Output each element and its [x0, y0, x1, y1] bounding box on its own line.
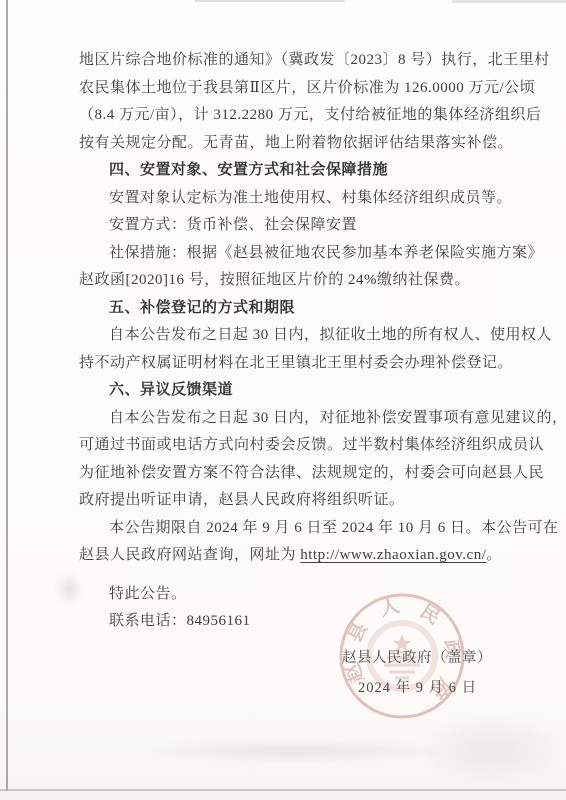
- body-line: 本公告期限自 2024 年 9 月 6 日至 2024 年 10 月 6 日。本…: [79, 515, 511, 543]
- body-line: 按有关规定分配。无青苗，地上附着物依据评估结果落实补偿。: [79, 130, 511, 158]
- body-line: 农民集体土地位于我县第Ⅱ区片，区片价标准为 126.0000 万元/公顷: [79, 75, 511, 103]
- body-line: （8.4 万元/亩），计 312.2280 万元，支付给被征地的集体经济组织后: [79, 102, 511, 130]
- body-line: 安置对象认定标为准土地使用权、村集体经济组织成员等。: [79, 185, 511, 213]
- scan-edge-left: [6, 0, 8, 791]
- announcement-body: 地区片综合地价标准的通知》（冀政发〔2023〕8 号）执行，北王里村 农民集体土…: [79, 47, 511, 636]
- body-line: 赵政函[2020]16 号，按照征地区片价的 24%缴纳社保费。: [79, 267, 511, 295]
- section-heading-6: 六、异议反馈渠道: [79, 377, 511, 405]
- body-line: 社保措施：根据《赵县被征地农民参加基本养老保险实施方案》: [79, 240, 511, 268]
- scan-edge-bottom: [0, 789, 566, 791]
- website-line-suffix: 。: [486, 547, 502, 563]
- signature-date: 2024 年 9 月 6 日: [358, 676, 477, 697]
- body-line: 地区片综合地价标准的通知》（冀政发〔2023〕8 号）执行，北王里村: [79, 47, 511, 75]
- website-line: 赵县人民政府网站查询，网址为 http://www.zhaoxian.gov.c…: [79, 542, 511, 570]
- scan-edge-top: [195, 0, 345, 2]
- body-line: 持不动产权属证明材料在北王里镇北王里村委会办理补偿登记。: [79, 350, 511, 378]
- body-line: 可通过书面或电话方式向村委会反馈。过半数村集体经济组织成员认: [79, 432, 511, 460]
- body-line: 政府提出听证申请，赵县人民政府将组织听证。: [79, 487, 511, 515]
- body-line: 自本公告发布之日起 30 日内，对征地补偿安置事项有意见建议的，: [79, 405, 511, 433]
- closing-notice: 特此公告。: [79, 581, 511, 609]
- scan-edge-top-right: [452, 0, 566, 3]
- body-line: 自本公告发布之日起 30 日内，拟征收土地的所有权人、使用权人: [79, 322, 511, 350]
- government-website-url: http://www.zhaoxian.gov.cn/: [300, 547, 486, 563]
- contact-phone: 联系电话：84956161: [79, 608, 511, 636]
- body-line: 安置方式：货币补偿、社会保障安置: [79, 212, 511, 240]
- section-heading-4: 四、安置对象、安置方式和社会保障措施: [79, 157, 511, 185]
- section-heading-5: 五、补偿登记的方式和期限: [79, 295, 511, 323]
- signature-name: 赵县人民政府（盖章）: [342, 646, 492, 667]
- scan-smudge: [140, 740, 450, 762]
- body-line: 为征地补偿安置方案不符合法律、法规规定的，村委会可向赵县人民: [79, 460, 511, 488]
- website-line-prefix: 赵县人民政府网站查询，网址为: [79, 547, 300, 563]
